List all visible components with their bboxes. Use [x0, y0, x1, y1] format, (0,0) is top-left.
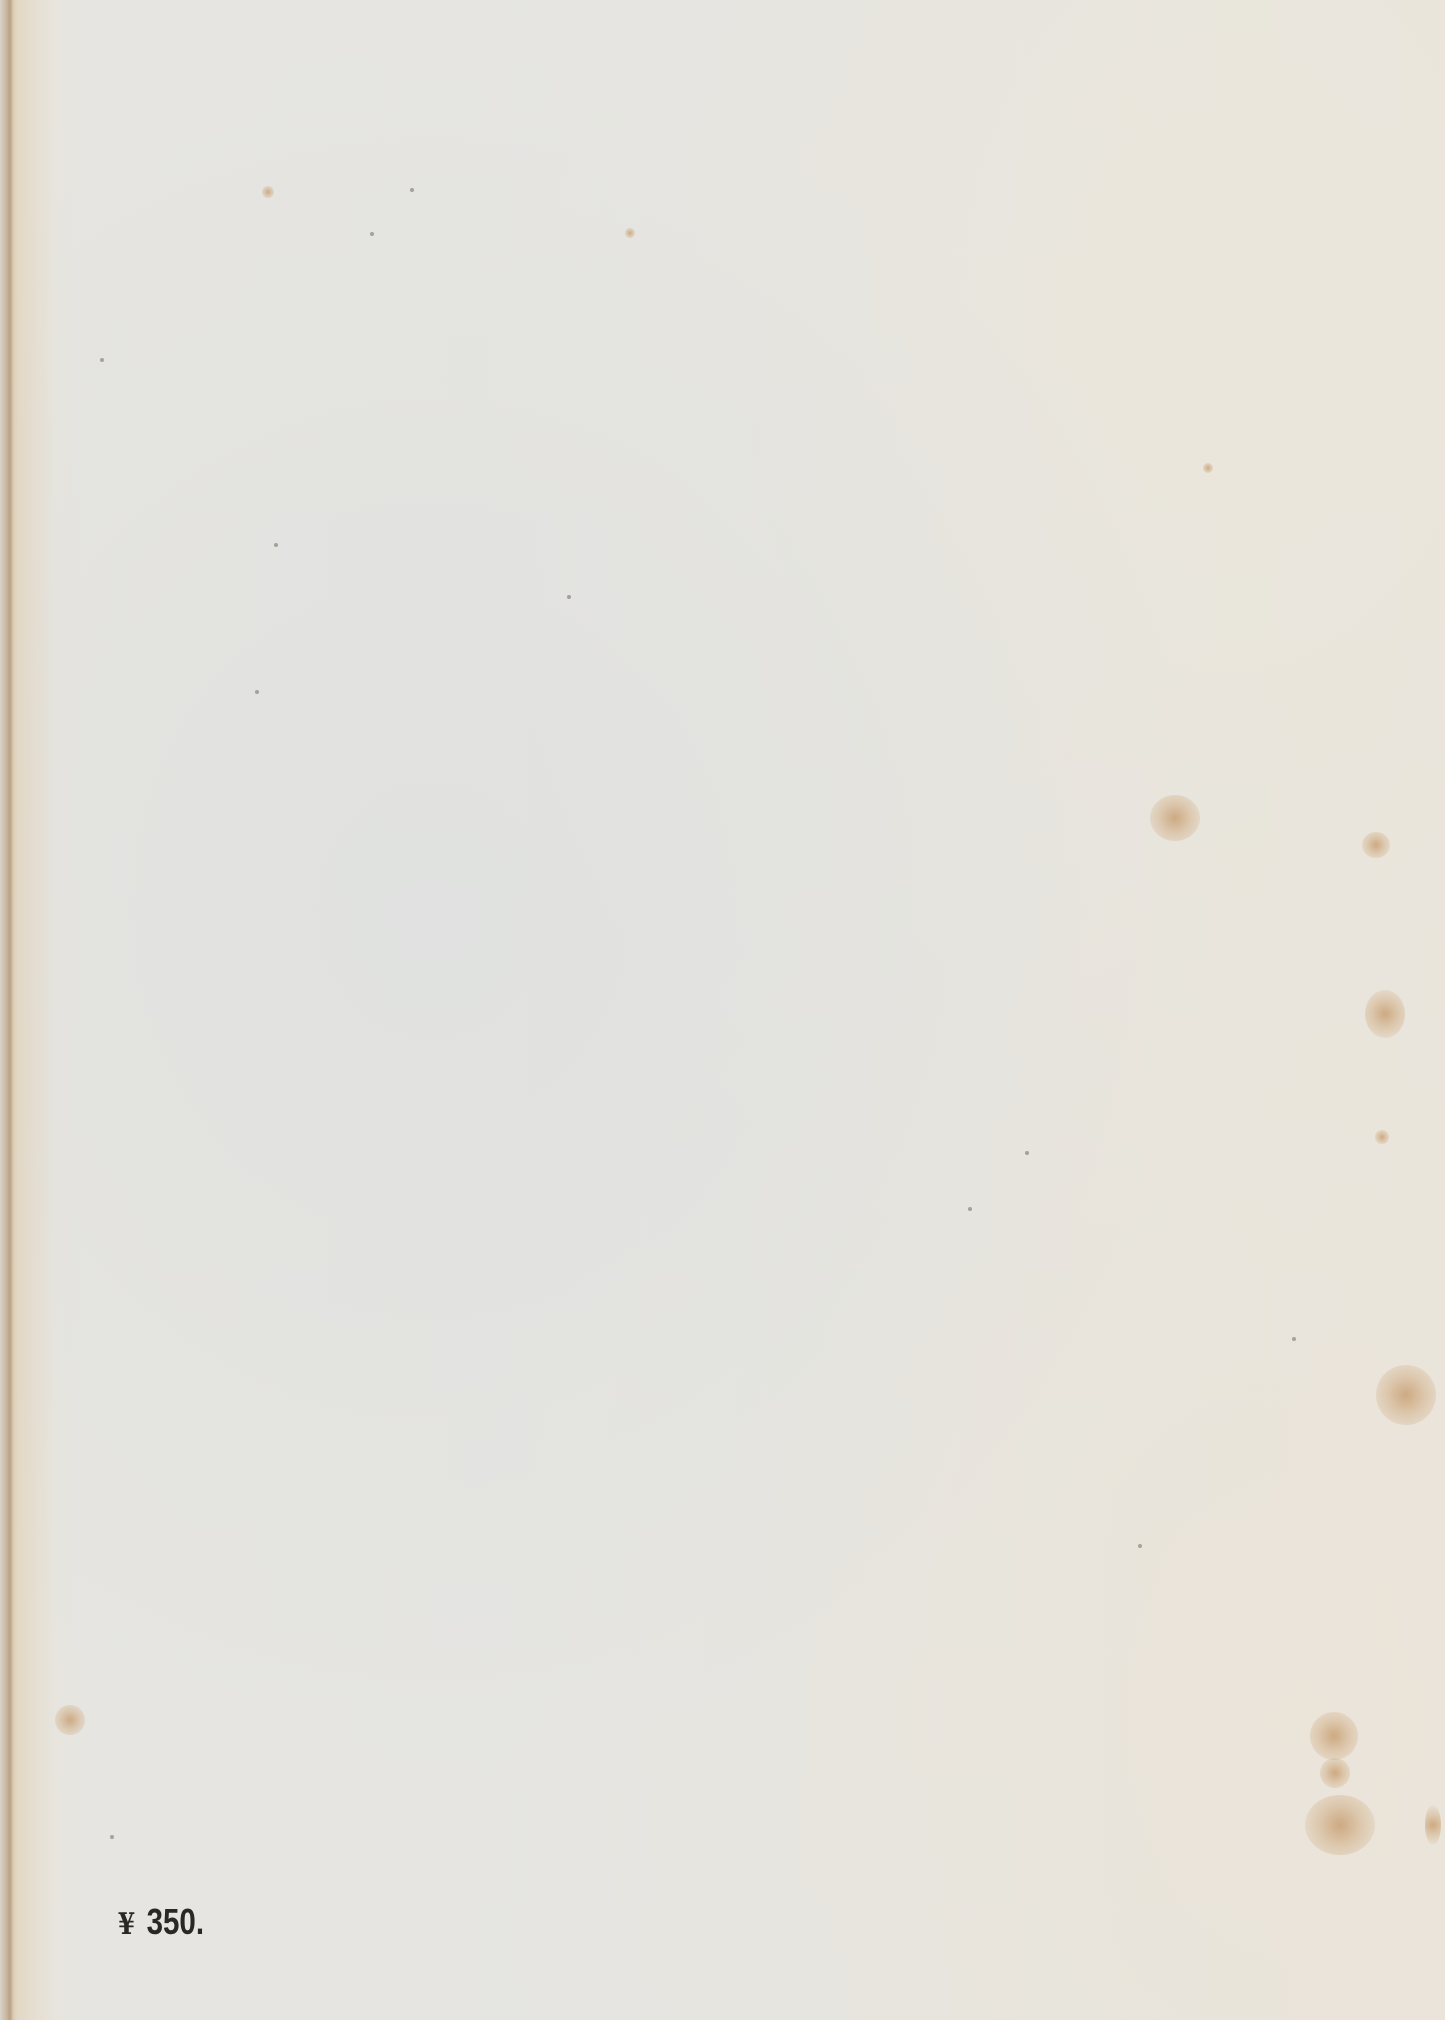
dust-speck — [1138, 1544, 1142, 1548]
dust-speck — [100, 358, 104, 362]
dust-speck — [110, 1835, 114, 1839]
foxing-spot — [262, 186, 274, 198]
dust-speck — [1025, 1151, 1029, 1155]
dust-speck — [370, 232, 374, 236]
paper-page: ¥350. — [0, 0, 1445, 2020]
edge-discoloration — [14, 0, 54, 2020]
dust-speck — [274, 543, 278, 547]
price-amount: 350. — [147, 1901, 204, 1942]
foxing-spot — [1375, 1130, 1389, 1144]
foxing-spot — [1365, 990, 1405, 1038]
foxing-spot — [1376, 1365, 1436, 1425]
foxing-spot — [1362, 832, 1390, 858]
dust-speck — [567, 595, 571, 599]
dust-speck — [968, 1207, 972, 1211]
foxing-spot — [1305, 1795, 1375, 1855]
yen-symbol: ¥ — [118, 1907, 135, 1942]
dust-speck — [255, 690, 259, 694]
price-label: ¥350. — [118, 1900, 204, 1947]
foxing-spot — [1320, 1758, 1350, 1788]
foxing-spot — [1425, 1805, 1441, 1845]
foxing-spot — [625, 228, 635, 238]
foxing-spot — [1310, 1712, 1358, 1760]
dust-speck — [1292, 1337, 1296, 1341]
foxing-spot — [55, 1705, 85, 1735]
dust-speck — [410, 188, 414, 192]
foxing-spot — [1203, 463, 1213, 473]
foxing-spot — [1150, 795, 1200, 841]
